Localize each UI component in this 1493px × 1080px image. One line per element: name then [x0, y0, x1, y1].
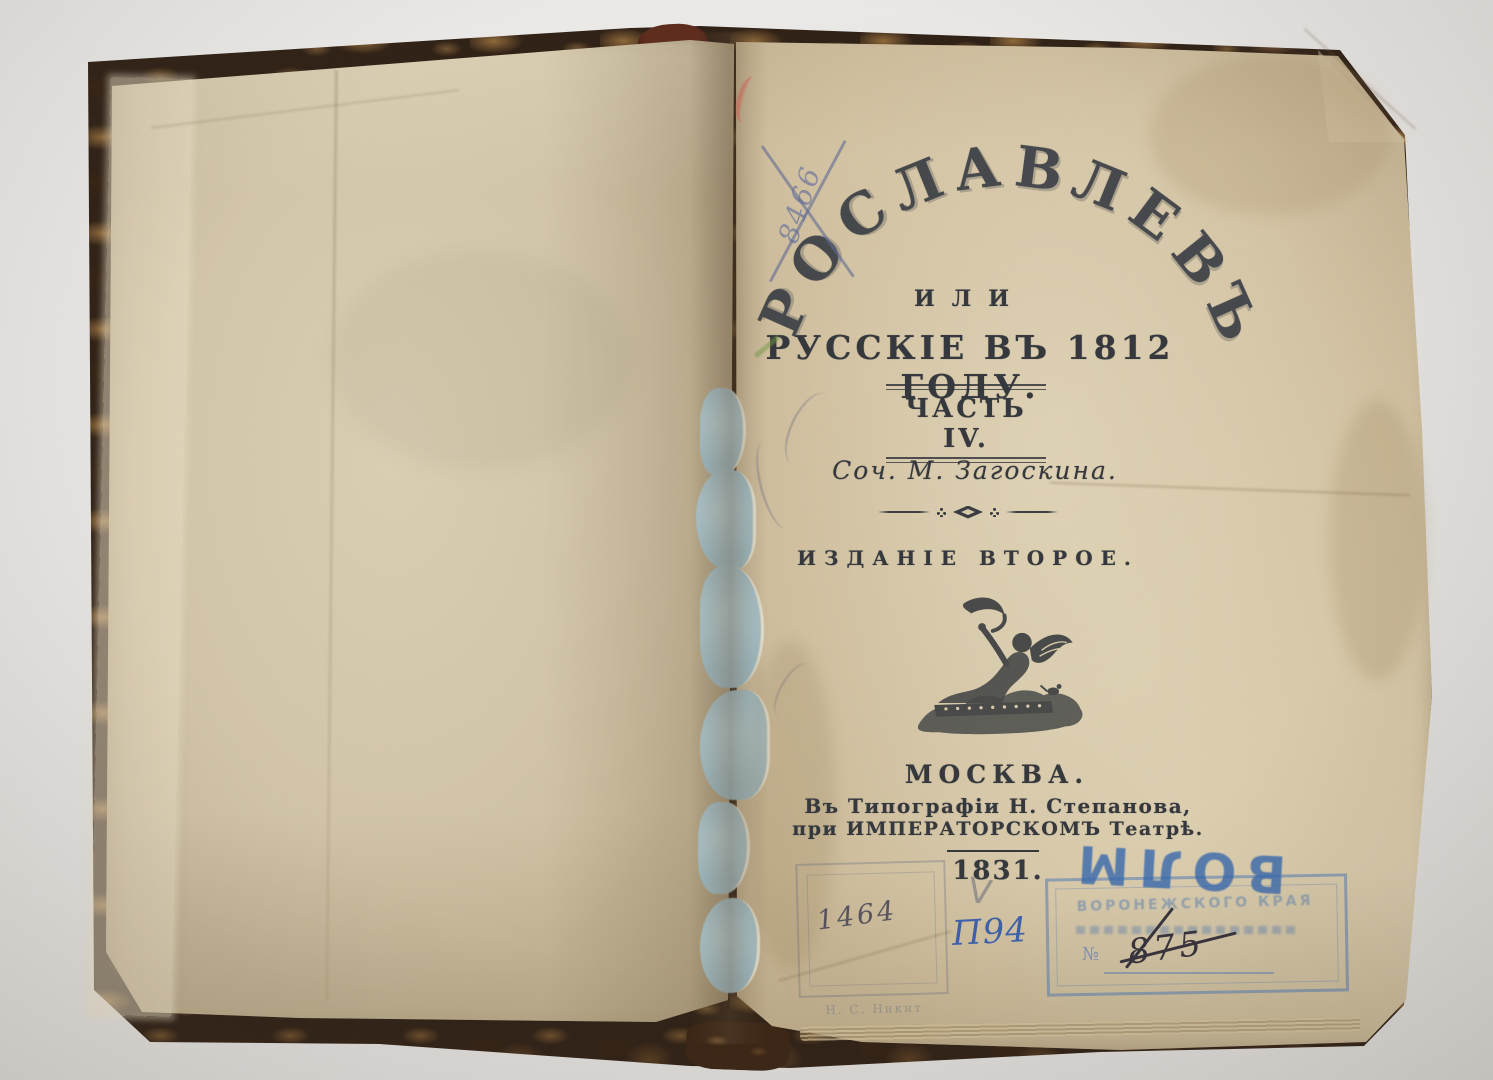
crossed-inventory-number: 8466	[742, 140, 882, 290]
ornament-floret-left	[937, 508, 946, 517]
ornament-rule-left	[878, 511, 930, 513]
ornament-diamond	[953, 506, 983, 519]
photo-open-book: РОСЛАВЛЕВЪ ИЛИ РУССКІЕ ВЪ 1812 ГОДУ. ЧАС…	[0, 0, 1493, 1080]
ornament-divider	[858, 502, 1078, 522]
imprint-line-1: Въ Типографіи Н. Степанова,	[758, 794, 1238, 818]
library-stamp-initials: ВОЛМ	[1061, 832, 1294, 904]
left-blank-page	[100, 35, 750, 1030]
ink-showthrough	[330, 250, 630, 470]
part-block: ЧАСТЬ IV.	[886, 384, 1046, 463]
double-rule-top	[886, 384, 1046, 390]
stamp-number-line	[1104, 972, 1274, 974]
cherub-vignette	[905, 588, 1100, 744]
ornament-rule-right	[1006, 511, 1058, 513]
edition-line: ИЗДАНІЕ ВТОРОЕ.	[728, 546, 1208, 570]
city-line: МОСКВА.	[757, 760, 1237, 789]
part-number: ЧАСТЬ IV.	[886, 394, 1046, 454]
call-number-handwritten: П94	[951, 910, 1029, 954]
year-rule	[947, 850, 1039, 852]
faint-bookseller-stamp: 1464 Н. С. Никит	[795, 860, 948, 998]
ornament-floret-right	[990, 508, 999, 517]
paper-stain	[1330, 400, 1425, 680]
numero-sign: №	[1082, 944, 1099, 965]
